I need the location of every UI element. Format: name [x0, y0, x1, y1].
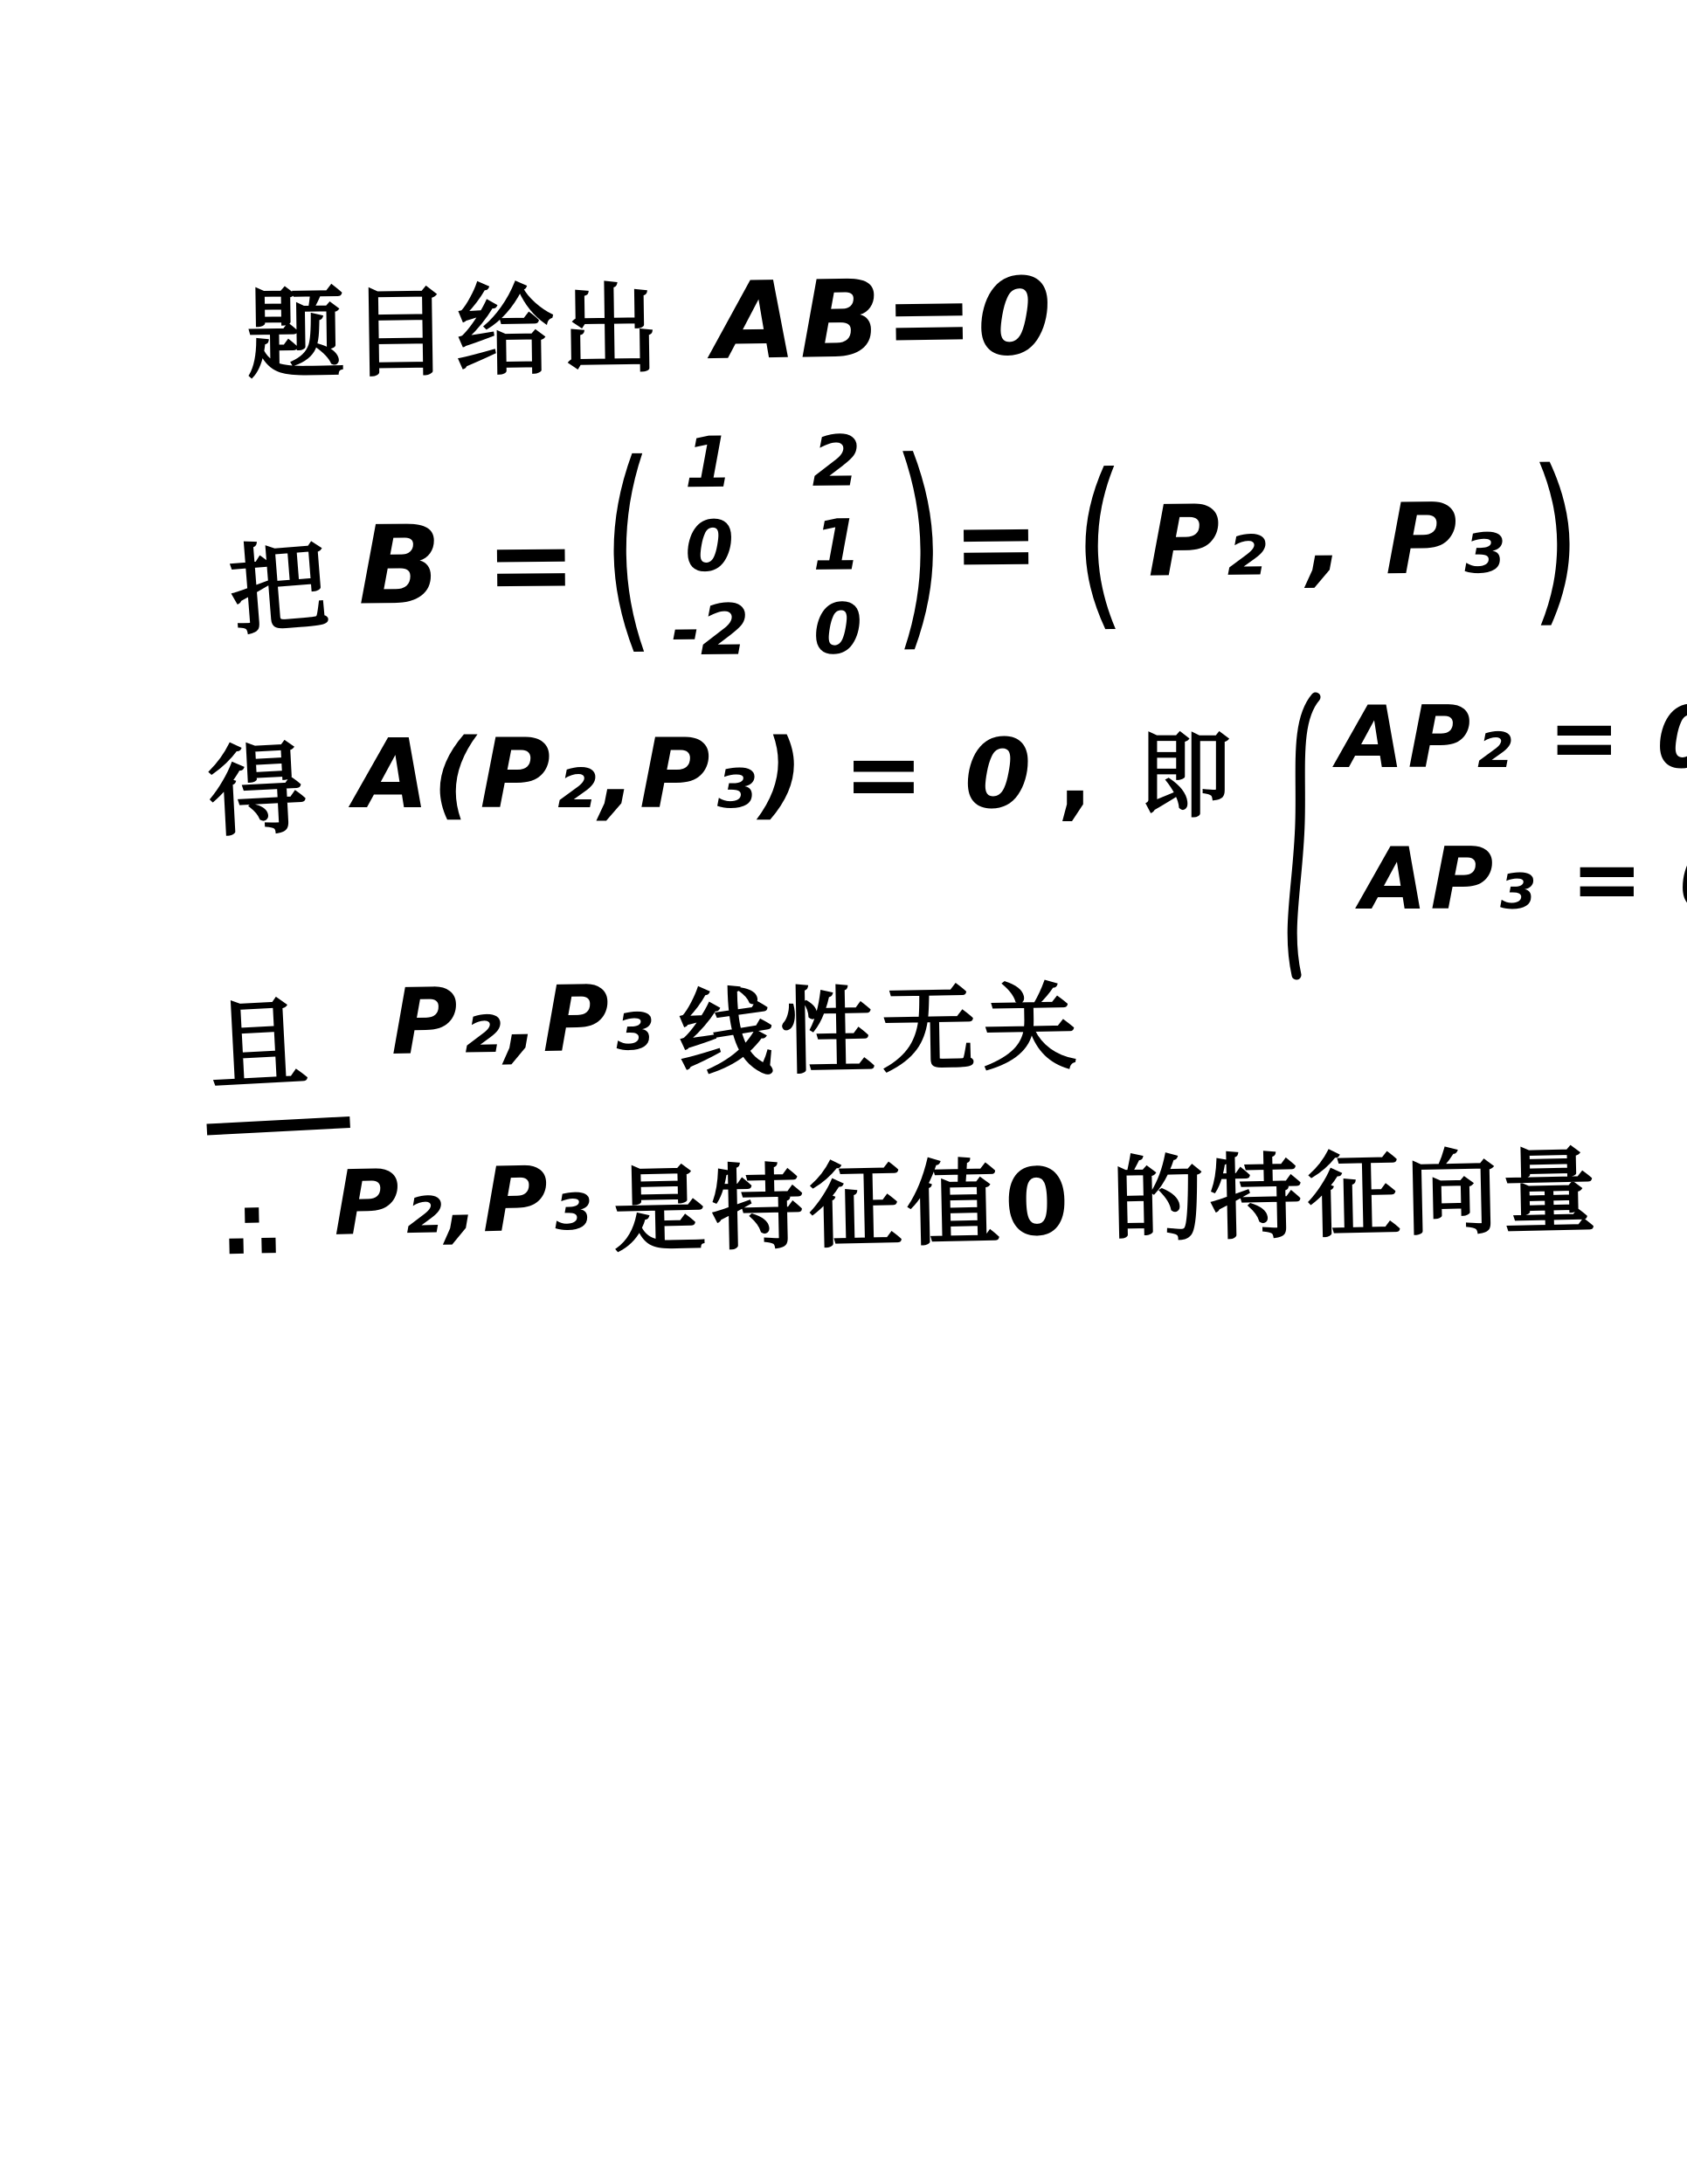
conclusion-vectors: P₂,P₃: [333, 1147, 595, 1256]
equation-2: AP₃ = 0: [1361, 830, 1687, 930]
independence-conjunction: 且: [198, 962, 350, 1135]
note-line-independence: 且 P₂,P₃ 线性无关: [201, 951, 1085, 1133]
independence-statement: 线性无关: [677, 951, 1085, 1094]
matrix-cell-r1c2: 2: [787, 420, 886, 501]
therefore-symbol: ∴: [224, 1185, 281, 1279]
matrix-cell-r1c1: 1: [660, 421, 758, 502]
matrix-cell-r3c2: 0: [789, 588, 888, 669]
vector-pair: P₂ , P₃: [1147, 482, 1507, 599]
note-line-given: 题目给出 AB=0: [245, 246, 1056, 398]
matrix-cell-r2c1: 0: [660, 505, 759, 586]
derivation-connector: , 即: [1057, 702, 1238, 835]
matrix-lhs: B =: [358, 501, 581, 629]
independence-vectors: P₂,P₃: [390, 964, 656, 1075]
system-brace: [1277, 692, 1326, 980]
handwritten-note-page: 题目给出 AB=0 把 B = ( 1 2 0 1 -2 0 ) = ( P₂ …: [0, 0, 1687, 2184]
vector-open-paren: (: [1074, 451, 1126, 635]
matrix-cell-r3c1: -2: [661, 589, 760, 670]
equation-system: AP₂ = 0 AP₃ = 0: [1338, 688, 1687, 930]
substitution-prefix: 把: [224, 506, 339, 654]
note-line-conclusion: ∴ P₂,P₃ 是特征值0 的特征向量: [223, 1117, 1602, 1280]
matrix-cell-r2c2: 1: [788, 504, 887, 585]
matrix-open-paren: (: [601, 435, 654, 659]
matrix-b: 1 2 0 1 -2 0: [660, 420, 887, 670]
note-line-derivation: 得 A(P₂,P₃) = 0 , 即 AP₂ = 0 AP₃ = 0: [208, 688, 1687, 980]
conclusion-statement: 是特征值0 的特征向量: [612, 1117, 1602, 1271]
given-label: 题目给出: [245, 252, 667, 398]
equation-1: AP₂ = 0: [1338, 688, 1687, 788]
vector-close-paren: ): [1529, 446, 1581, 631]
substitution-equals: =: [952, 483, 1043, 605]
note-line-substitution: 把 B = ( 1 2 0 1 -2 0 ) = ( P₂ , P₃ ): [228, 403, 1582, 685]
derivation-prefix: 得: [204, 710, 316, 856]
matrix-close-paren: ): [892, 432, 945, 656]
given-formula: AB=0: [713, 254, 1055, 383]
derivation-formula: A(P₂,P₃) = 0: [355, 718, 1034, 830]
